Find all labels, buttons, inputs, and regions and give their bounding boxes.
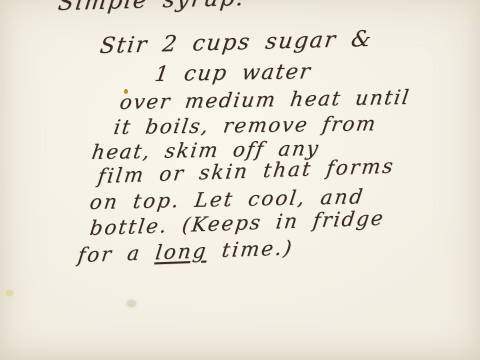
note-line: it boils, remove from xyxy=(112,111,378,139)
paper-speck xyxy=(6,290,13,296)
note-line-text-post: time.) xyxy=(206,235,295,262)
note-title: Simple syrup: xyxy=(57,0,248,16)
note-line-text-pre: for a xyxy=(77,240,158,267)
underlined-word: long xyxy=(154,238,209,264)
note-line: over medium heat until xyxy=(118,85,411,114)
paper-smudge xyxy=(127,300,136,307)
handwritten-note-paper: Simple syrup: Stir 2 cups sugar & 1 cup … xyxy=(0,0,480,360)
note-line-last: for a long time.) xyxy=(77,235,295,267)
note-line-ingredients-water: 1 cup water xyxy=(153,59,313,86)
note-line-ingredients-sugar: Stir 2 cups sugar & xyxy=(98,27,374,59)
paper-speck xyxy=(124,89,128,94)
